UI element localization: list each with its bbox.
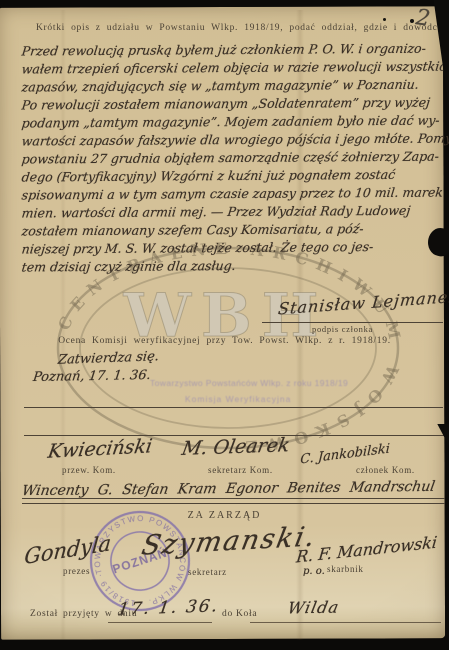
faint-stamp-line2: Komisja Weryfikacyjna bbox=[185, 394, 291, 404]
member-label: członek Kom. bbox=[356, 465, 415, 475]
kolo-underline bbox=[250, 622, 441, 623]
faint-stamp-line1: Towarzystwo Powstańców Wlkp. z roku 1918… bbox=[150, 378, 348, 388]
member-signature-label: podpis członka bbox=[312, 324, 373, 334]
signature-block-bottom-rule1 bbox=[22, 498, 445, 499]
signature-block-bottom-rule2 bbox=[22, 503, 445, 504]
commission-heading: Ocena Komisji weryfikacyjnej przy Tow. P… bbox=[0, 336, 449, 346]
accepted-date: 17. 1. 36. bbox=[117, 596, 221, 620]
treasurer-label: skarbnik bbox=[327, 564, 364, 574]
handwritten-line: Przed rewolucją pruską byłem już członki… bbox=[21, 41, 447, 59]
handwritten-line: wałem trzepień oficerski celem objęcia w… bbox=[21, 59, 447, 77]
handwritten-line: powstaniu 27 grudnia objąłem samorządnie… bbox=[21, 149, 447, 167]
section-rule bbox=[24, 407, 443, 408]
treasurer-note: p. o. bbox=[303, 566, 325, 577]
handwritten-line: mien. wartości dla armii mej. — Przez Wy… bbox=[21, 203, 447, 221]
signature-line bbox=[262, 322, 443, 323]
kolo-value: Wilda bbox=[286, 598, 341, 618]
scanned-document: CENTRALNE ARCHIWUM WOJSKOWE WBH Krótki o… bbox=[0, 0, 449, 650]
handwritten-line: tem dzisiaj czyż zginie dla zasług. bbox=[21, 257, 447, 275]
handwritten-line: podanym „tamtym magazynie”. Mojem zadani… bbox=[21, 113, 447, 131]
chairman-label: przew. Kom. bbox=[62, 465, 116, 475]
kolo-label: do Koła bbox=[222, 609, 257, 619]
form-prompt: Krótki opis z udziału w Powstaniu Wlkp. … bbox=[36, 23, 442, 33]
handwritten-line: Po rewolucji zostałem mianowanym „Soldat… bbox=[21, 95, 447, 113]
president-label: prezes bbox=[63, 566, 90, 576]
handwritten-line: dego (Fortyfikacyjny) Wzgórni z kuźni ju… bbox=[21, 167, 447, 185]
ink-speck bbox=[410, 19, 414, 23]
handwritten-line: zapasów, znajdujących się w „tamtym maga… bbox=[21, 77, 447, 95]
handwritten-line: wartości zapasów fałszywie dla wrogiego … bbox=[21, 131, 447, 149]
secretary-signature: M. Olearek bbox=[180, 434, 291, 460]
ink-speck bbox=[383, 18, 386, 21]
secretary-label: sekretarz Kom. bbox=[208, 465, 273, 475]
handwritten-line: zostałem mianowany szefem Casy Komisaria… bbox=[21, 221, 447, 239]
date-underline bbox=[108, 622, 212, 623]
board-secretary-label: sekretarz bbox=[188, 567, 227, 577]
handwritten-line: niejszej przy M. S. W. został tejże zost… bbox=[21, 239, 447, 257]
place-date: Poznań, 17. 1. 36. bbox=[32, 368, 152, 385]
handwritten-line: spisowanymi a w tym samym czasie zapasy … bbox=[21, 185, 447, 203]
